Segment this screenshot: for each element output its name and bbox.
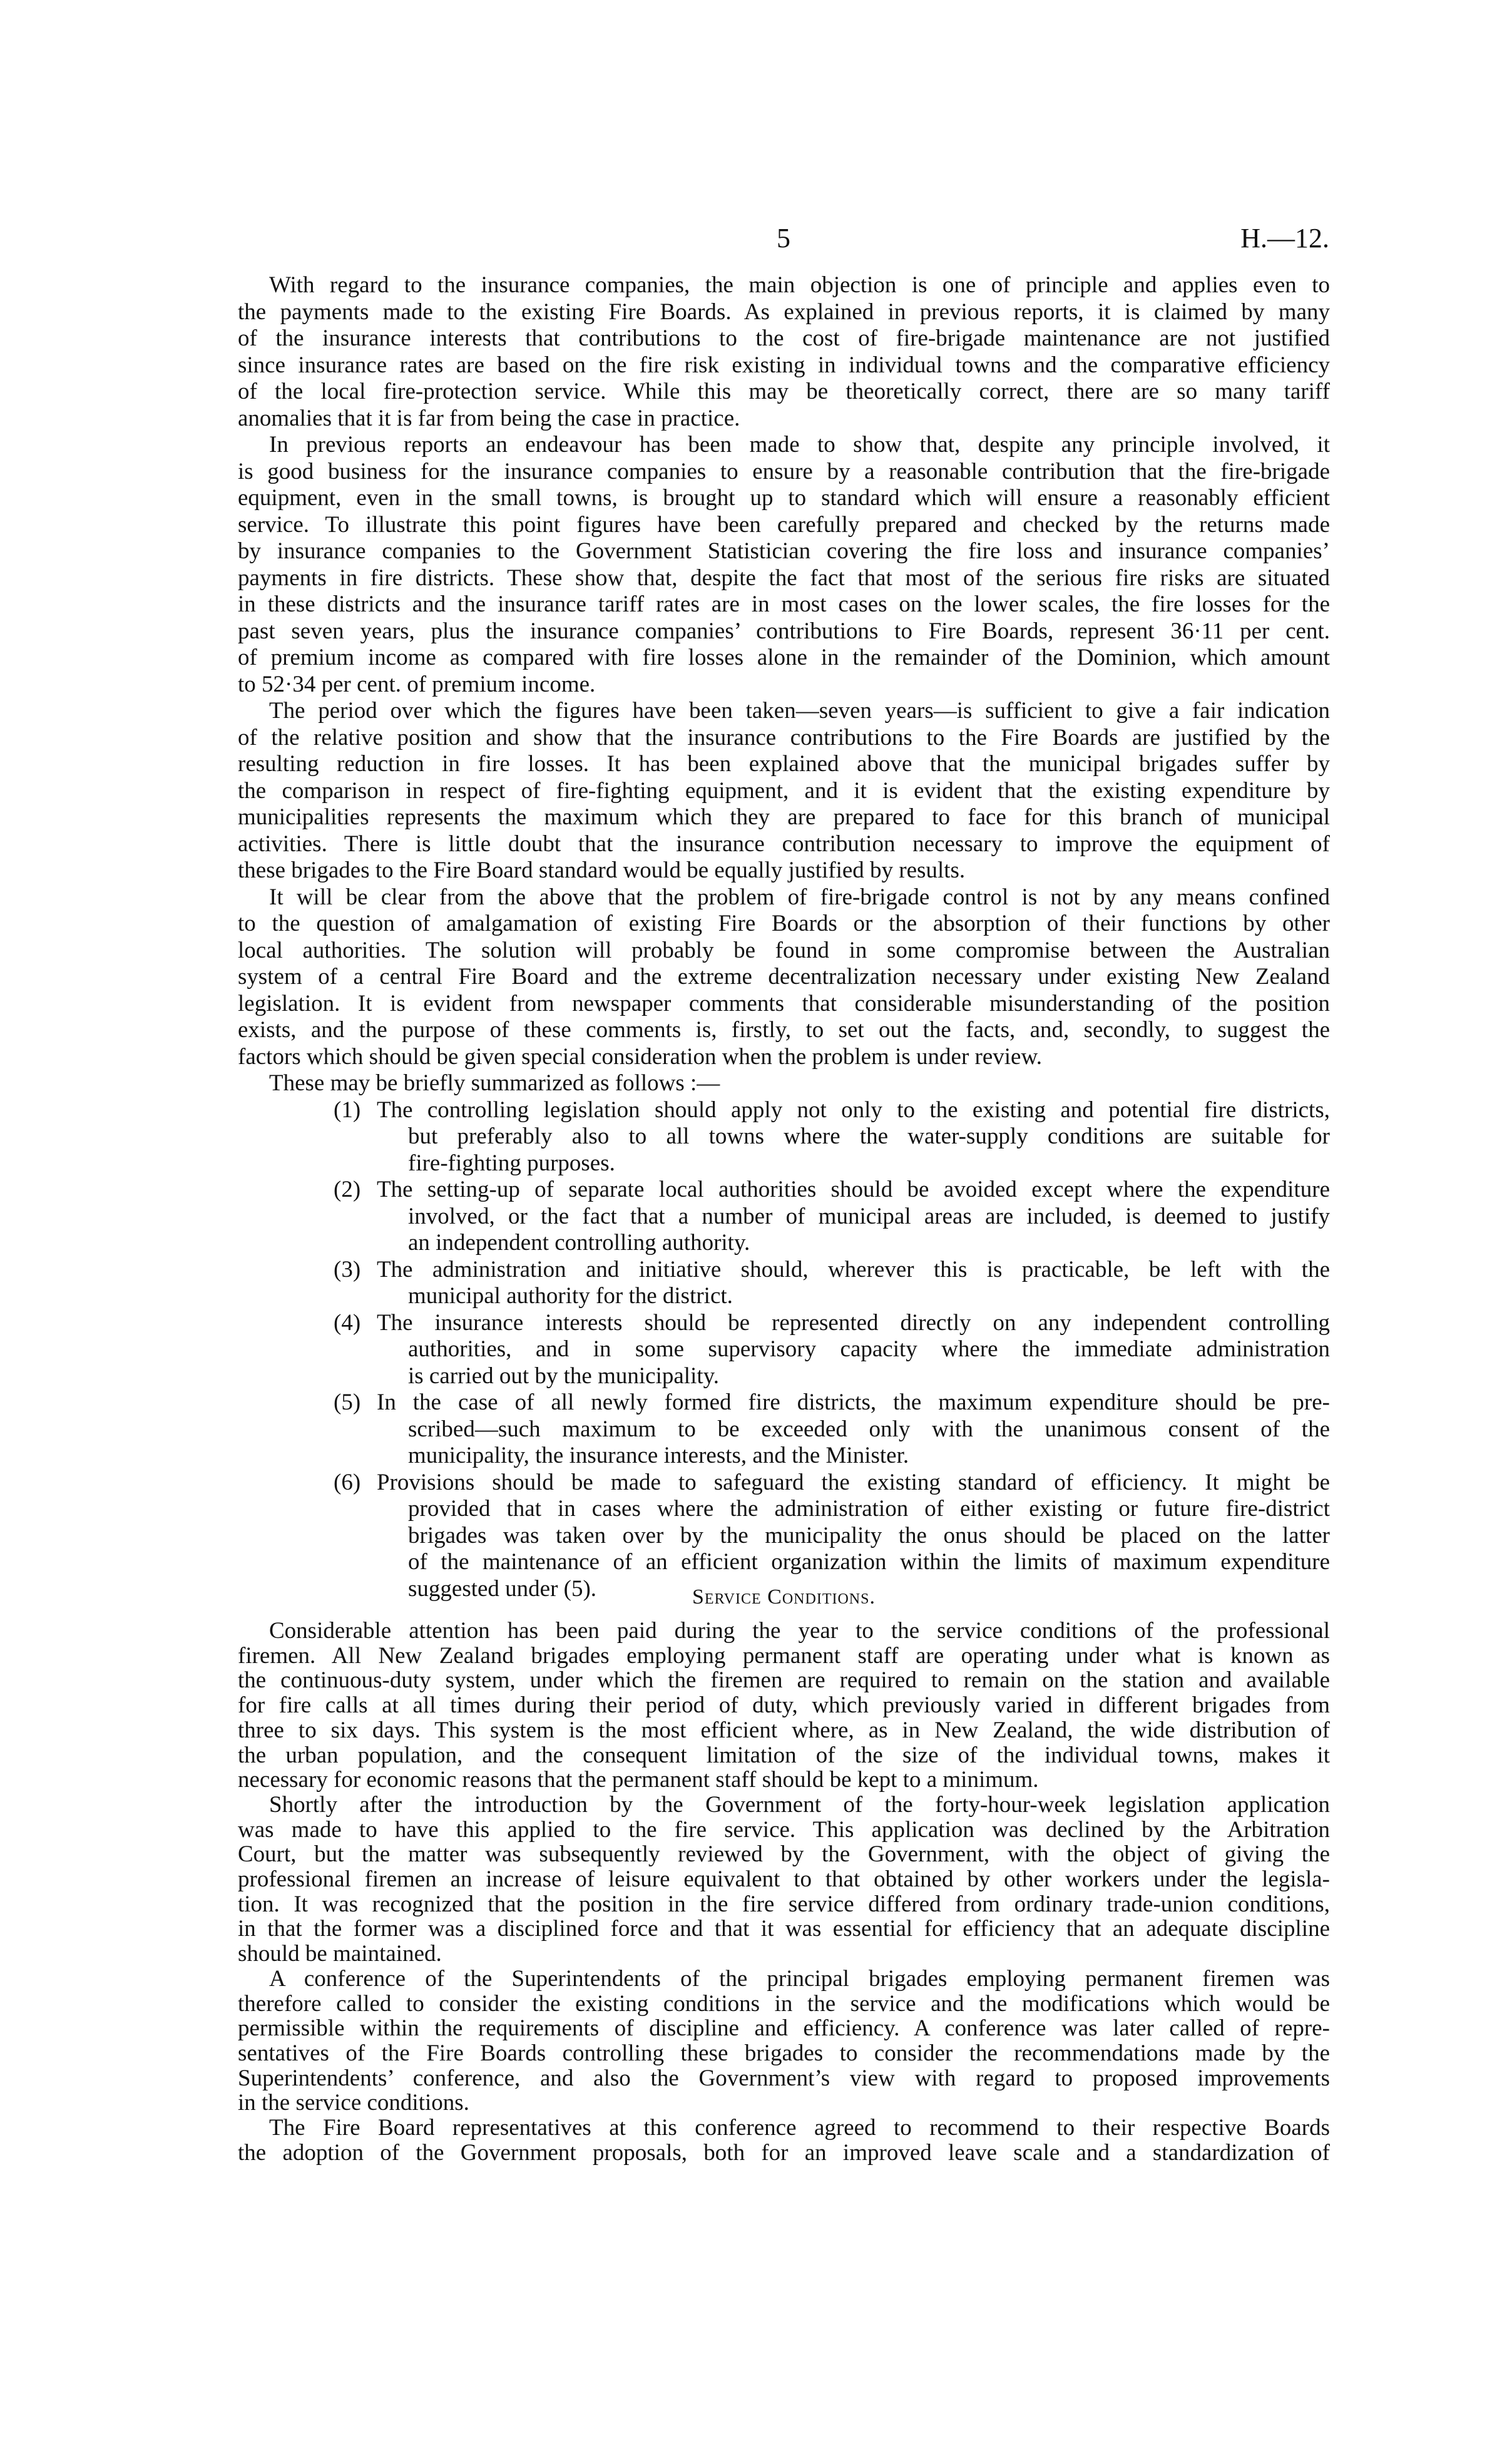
paragraph-line: activities. There is little doubt that t…: [238, 832, 1330, 857]
paragraph-line: the urban population, and the consequent…: [238, 1743, 1330, 1768]
list-item-line: Provisions should be made to safeguard t…: [377, 1470, 1330, 1495]
paragraph-line: in that the former was a disciplined for…: [238, 1916, 1330, 1942]
list-item-line: In the case of all newly formed fire dis…: [377, 1390, 1330, 1415]
list-item-number: (3): [334, 1257, 360, 1282]
list-item-line: The insurance interests should be repres…: [377, 1311, 1330, 1336]
paragraph-line: factors which should be given special co…: [238, 1045, 1330, 1070]
list-item-line: of the maintenance of an efficient organ…: [408, 1550, 1330, 1575]
list-item-line: an independent controlling authority.: [408, 1231, 1330, 1256]
paragraph-line: In previous reports an endeavour has bee…: [269, 432, 1330, 458]
paragraph-line: permissible within the requirements of d…: [238, 2016, 1330, 2041]
paragraph-line: to 52·34 per cent. of premium income.: [238, 672, 1330, 697]
paragraph-line: should be maintained.: [238, 1942, 1330, 1967]
list-item-line: is carried out by the municipality.: [408, 1364, 1330, 1389]
paragraph-line: legislation. It is evident from newspape…: [238, 991, 1330, 1016]
paragraph-line: Shortly after the introduction by the Go…: [269, 1793, 1330, 1818]
paragraph-line: is good business for the insurance compa…: [238, 459, 1330, 484]
paragraph-line: Superintendents’ conference, and also th…: [238, 2066, 1330, 2091]
paragraph-line: These may be briefly summarized as follo…: [269, 1071, 1330, 1096]
paragraph-line: of the local fire-protection service. Wh…: [238, 379, 1330, 404]
paragraph-line: of premium income as compared with fire …: [238, 645, 1330, 670]
list-item-number: (6): [334, 1470, 360, 1495]
paragraph-line: system of a central Fire Board and the e…: [238, 965, 1330, 990]
paragraph-line: of the relative position and show that t…: [238, 725, 1330, 750]
paragraph-line: for fire calls at all times during their…: [238, 1693, 1330, 1718]
paragraph-line: in these districts and the insurance tar…: [238, 592, 1330, 617]
paragraph-line: firemen. All New Zealand brigades employ…: [238, 1644, 1330, 1669]
paragraph-line: necessary for economic reasons that the …: [238, 1768, 1330, 1793]
paragraph-line: professional firemen an increase of leis…: [238, 1867, 1330, 1892]
paragraph-line: service. To illustrate this point figure…: [238, 513, 1330, 538]
list-item-line: The controlling legislation should apply…: [377, 1098, 1330, 1123]
paragraph-line: sentatives of the Fire Boards controllin…: [238, 2041, 1330, 2066]
list-item-line: but preferably also to all towns where t…: [408, 1124, 1330, 1149]
paragraph-line: Court, but the matter was subsequently r…: [238, 1842, 1330, 1867]
paragraph-line: municipalities represents the maximum wh…: [238, 805, 1330, 830]
paragraph-line: With regard to the insurance companies, …: [269, 273, 1330, 298]
paragraph-line: by insurance companies to the Government…: [238, 539, 1330, 564]
paragraph-line: anomalies that it is far from being the …: [238, 406, 1330, 431]
list-item-number: (4): [334, 1311, 360, 1336]
paragraph-line: the continuous-duty system, under which …: [238, 1668, 1330, 1693]
paragraph-line: resulting reduction in fire losses. It h…: [238, 752, 1330, 777]
paragraph-line: was made to have this applied to the fir…: [238, 1818, 1330, 1843]
document-page: 5 H.—12. With regard to the insurance co…: [0, 0, 1512, 2441]
list-item-number: (5): [334, 1390, 360, 1415]
paragraph-line: to the question of amalgamation of exist…: [238, 911, 1330, 936]
list-item-line: municipality, the insurance interests, a…: [408, 1443, 1330, 1468]
paragraph-line: the comparison in respect of fire-fighti…: [238, 779, 1330, 804]
list-item-line: municipal authority for the district.: [408, 1284, 1330, 1309]
paragraph-line: local authorities. The solution will pro…: [238, 938, 1330, 963]
paragraph-line: three to six days. This system is the mo…: [238, 1718, 1330, 1743]
paragraph-line: past seven years, plus the insurance com…: [238, 619, 1330, 644]
paragraph-line: the payments made to the existing Fire B…: [238, 300, 1330, 325]
list-item-line: scribed—such maximum to be exceeded only…: [408, 1417, 1330, 1442]
paragraph-line: It will be clear from the above that the…: [269, 885, 1330, 910]
paragraph-line: The Fire Board representatives at this c…: [269, 2116, 1330, 2141]
list-item-line: authorities, and in some supervisory cap…: [408, 1337, 1330, 1362]
list-item-line: The administration and initiative should…: [377, 1257, 1330, 1282]
paragraph-line: exists, and the purpose of these comment…: [238, 1018, 1330, 1043]
list-item-line: provided that in cases where the adminis…: [408, 1497, 1330, 1522]
list-item-line: brigades was taken over by the municipal…: [408, 1523, 1330, 1548]
list-item-line: The setting-up of separate local authori…: [377, 1177, 1330, 1202]
paragraph-line: of the insurance interests that contribu…: [238, 326, 1330, 351]
paragraph-line: The period over which the figures have b…: [269, 699, 1330, 724]
page-number: 5: [752, 223, 815, 254]
paragraph-line: in the service conditions.: [238, 2090, 1330, 2116]
list-item-number: (2): [334, 1177, 360, 1202]
list-item-number: (1): [334, 1098, 360, 1123]
section-heading: Service Conditions.: [238, 1585, 1330, 1610]
paragraph-line: Considerable attention has been paid dur…: [269, 1619, 1330, 1644]
paragraph-line: A conference of the Superintendents of t…: [269, 1967, 1330, 1992]
paragraph-line: the adoption of the Government proposals…: [238, 2141, 1330, 2166]
paragraph-line: tion. It was recognized that the positio…: [238, 1892, 1330, 1917]
document-reference: H.—12.: [1240, 223, 1329, 254]
paragraph-line: equipment, even in the small towns, is b…: [238, 486, 1330, 511]
paragraph-line: payments in fire districts. These show t…: [238, 566, 1330, 591]
paragraph-line: these brigades to the Fire Board standar…: [238, 858, 1330, 883]
list-item-line: fire-fighting purposes.: [408, 1151, 1330, 1176]
paragraph-line: therefore called to consider the existin…: [238, 1992, 1330, 2017]
paragraph-line: since insurance rates are based on the f…: [238, 353, 1330, 378]
list-item-line: involved, or the fact that a number of m…: [408, 1204, 1330, 1229]
